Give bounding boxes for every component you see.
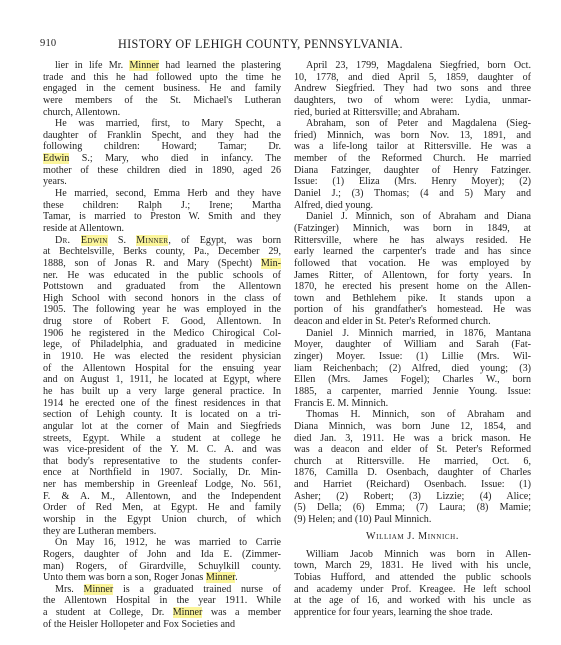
text-line: (Fatzinger) Minnich, was born in 1849, a…	[294, 223, 531, 235]
text-line: Daniel J. Minnich, son of Abraham and Di…	[294, 211, 531, 223]
search-highlight: Edwin	[43, 153, 69, 164]
text-line: deacon and elder in St. Peter's Reformed…	[294, 316, 531, 328]
text-line: that body's representative to the studen…	[43, 456, 281, 468]
text-line: in 1910. He was elected the resident phy…	[43, 351, 281, 363]
text-line: 1876, Camilla D. Osenbach, daughter of C…	[294, 467, 531, 479]
text-line: Mrs. Minner is a graduated trained nurse…	[43, 584, 281, 596]
paragraph: He was married, first, to Mary Specht, a…	[43, 118, 281, 188]
text-line: Ellen (Mrs. James Fogel); Charles W., bo…	[294, 374, 531, 386]
text-line: Diana Fatzinger, daughter of Henry Fatzi…	[294, 165, 531, 177]
page-header: 910 HISTORY OF LEHIGH COUNTY, PENNSYLVAN…	[0, 38, 561, 54]
text-line: fried) Minnich, was born Nov. 13, 1891, …	[294, 130, 531, 142]
text-line: engaged in the cement business. He and f…	[43, 83, 281, 95]
paragraph: Mrs. Minner is a graduated trained nurse…	[43, 584, 281, 631]
text-line: 1914 he erected one of the finest reside…	[43, 398, 281, 410]
paragraph: Abraham, son of Peter and Magdalena (Sie…	[294, 118, 531, 211]
text-line: apprentice for four years, learning the …	[294, 607, 531, 619]
text-line: portion of his grandfather's homestead. …	[294, 304, 531, 316]
running-title: HISTORY OF LEHIGH COUNTY, PENNSYLVANIA.	[118, 37, 403, 52]
text-line: Rogers, daughter of John and Ida E. (Zim…	[43, 549, 281, 561]
text-line: Unto them was born a son, Roger Jonas Mi…	[43, 572, 281, 584]
text-line: section of Lehigh county. It is located …	[43, 409, 281, 421]
text-line: William Jacob Minnich was born in Allen-	[294, 549, 531, 561]
text-line: mother of these children died in 1890, a…	[43, 165, 281, 177]
text-line: Tamar, is married to Preston W. Smith an…	[43, 211, 281, 223]
text-line: James Ritter, of Allentown, for forty ye…	[294, 270, 531, 282]
text-line: ried, buried at Rittersville; and Abraha…	[294, 107, 531, 119]
left-column: lier in life Mr. Minner had learned the …	[43, 60, 281, 630]
text-line: Order of Red Men, at Egypt. He and famil…	[43, 502, 281, 514]
text-line: daughter of Franklin Specht, and they ha…	[43, 130, 281, 142]
text-line: Andrew Siegfried. They had two sons and …	[294, 83, 531, 95]
paragraph: He married, second, Emma Herb and they h…	[43, 188, 281, 235]
text-line: town and Bethlehem pike. It stands upon …	[294, 293, 531, 305]
search-highlight: Minner	[129, 60, 159, 71]
text-line: 1885, a carpenter, married Jennie Young.…	[294, 386, 531, 398]
text-line: a student at College, Dr. Minner was a m…	[43, 607, 281, 619]
text-line: following children: Howard; Tamar; Dr.	[43, 141, 281, 153]
search-highlight: Minner	[136, 235, 168, 246]
text-line: worship in the Egypt Union church, of wh…	[43, 514, 281, 526]
text-line: Rittersville, where he has always reside…	[294, 235, 531, 247]
paragraph: On May 16, 1912, he was married to Carri…	[43, 537, 281, 584]
paragraph: Daniel J. Minnich married, in 1876, Mant…	[294, 328, 531, 409]
text-line: April 23, 1799, Magdalena Siegfried, bor…	[294, 60, 531, 72]
text-line: Francis E. M. Minnich.	[294, 398, 531, 410]
text-line: of the Heisler Hollopeter and Fox Societ…	[43, 619, 281, 631]
text-line: was a deacon and elder of St. Peter's Re…	[294, 444, 531, 456]
text-line: 1888, son of Jonas R. and Mary (Specht) …	[43, 258, 281, 270]
text-line: zinger) Moyer. Issue: (1) Lillie (Mrs. W…	[294, 351, 531, 363]
text-line: followed that vocation. He was employed …	[294, 258, 531, 270]
text-line: (9) Helen; and (10) Paul Minnich.	[294, 514, 531, 526]
text-line: 10, 1778, and died April 5, 1859, daught…	[294, 72, 531, 84]
text-line: Abraham, son of Peter and Magdalena (Sie…	[294, 118, 531, 130]
text-line: town, March 29, 1831. He lived with his …	[294, 560, 531, 572]
paragraph: Thomas H. Minnich, son of Abraham andDia…	[294, 409, 531, 525]
text-line: these children: Ralph J.; Irene; Martha	[43, 200, 281, 212]
right-column: April 23, 1799, Magdalena Siegfried, bor…	[294, 60, 531, 618]
search-highlight: Edwin	[81, 235, 108, 246]
text-line: Thomas H. Minnich, son of Abraham and	[294, 409, 531, 421]
search-highlight: Min-	[261, 258, 281, 269]
text-line: early learned the carpenter's trade and …	[294, 246, 531, 258]
text-line: Diana Minnich, was born June 12, 1854, a…	[294, 421, 531, 433]
paragraph: April 23, 1799, Magdalena Siegfried, bor…	[294, 60, 531, 118]
text-line: Issue: (1) Eliza (Mrs. Henry Moyer); (2)	[294, 176, 531, 188]
text-line: F. & A. M., Allentown, and the Independe…	[43, 491, 281, 503]
text-line: they are Lutheran members.	[43, 526, 281, 538]
text-line: He was married, first, to Mary Specht, a	[43, 118, 281, 130]
text-line: of the Allentown Hospital for the ensuin…	[43, 363, 281, 375]
small-caps-text: Dr.	[55, 235, 81, 246]
text-line: streets, Egypt. While a student at colle…	[43, 433, 281, 445]
text-line: were members of the St. Michael's Luther…	[43, 95, 281, 107]
text-line: Daniel J.; (3) Thomas; (4 and 5) Mary an…	[294, 188, 531, 200]
text-line: man) Rogers, of Girardville, Schuylkill …	[43, 561, 281, 573]
text-line: reside at Allentown.	[43, 223, 281, 235]
text-line: the Allentown Hospital in the year 1911.…	[43, 595, 281, 607]
text-line: 1870, he erected his present home on the…	[294, 281, 531, 293]
text-line: lier in life Mr. Minner had learned the …	[43, 60, 281, 72]
text-line: 1905. The following year he was employed…	[43, 304, 281, 316]
text-line: lege, of Philadelphia, and graduated in …	[43, 339, 281, 351]
text-line: church, Allentown.	[43, 107, 281, 119]
text-line: at the age of 16, and worked with his un…	[294, 595, 531, 607]
text-line: angular lot at the corner of Main and Si…	[43, 421, 281, 433]
text-line: church at Rittersville. He married, Oct.…	[294, 456, 531, 468]
text-line: 1906 he registered in the Medico Chirogi…	[43, 328, 281, 340]
text-line: member of the Reformed Church. He marrie…	[294, 153, 531, 165]
text-line: Asher; (2) Robert; (3) Lizzie; (4) Alice…	[294, 491, 531, 503]
text-line: ence at Northfield in 1907. Socially, Dr…	[43, 467, 281, 479]
text-line: Pottstown and graduated from the Allento…	[43, 281, 281, 293]
paragraph: Daniel J. Minnich, son of Abraham and Di…	[294, 211, 531, 327]
text-line: was vice-president of the Y. M. C. A. an…	[43, 444, 281, 456]
text-line: Alfred, died young.	[294, 200, 531, 212]
text-line: Daniel J. Minnich married, in 1876, Mant…	[294, 328, 531, 340]
text-line: at Bechtelsville, Berks county, Pa., Dec…	[43, 246, 281, 258]
text-line: Edwin S.; Mary, who died in infancy. The	[43, 153, 281, 165]
text-line: Dr. Edwin S. Minner, of Egypt, was born	[43, 235, 281, 247]
search-highlight: Minner	[84, 584, 114, 595]
text-line: daughters, two of whom were: Lydia, unma…	[294, 95, 531, 107]
search-highlight: Minner	[173, 607, 203, 618]
text-line: High School with second honors in the cl…	[43, 293, 281, 305]
text-line: drug store of Robert F. Good, Allentown.…	[43, 316, 281, 328]
section-heading: William J. Minnich.	[294, 531, 531, 543]
paragraph: Dr. Edwin S. Minner, of Egypt, was borna…	[43, 235, 281, 538]
text-line: and on August 1, 1911, he located at Egy…	[43, 374, 281, 386]
text-line: he has built up a very large general pra…	[43, 386, 281, 398]
text-line: He married, second, Emma Herb and they h…	[43, 188, 281, 200]
paragraph: William Jacob Minnich was born in Allen-…	[294, 549, 531, 619]
text-line: was a life-long tailor at Rittersville. …	[294, 141, 531, 153]
paragraph: lier in life Mr. Minner had learned the …	[43, 60, 281, 118]
search-highlight: Minner	[206, 572, 235, 583]
text-line: and Harriet (Reichard) Osenbach. Issue: …	[294, 479, 531, 491]
text-line: Tobias Hufford, and attended the public …	[294, 572, 531, 584]
text-line: (5) Della; (6) Emma; (7) Laura; (8) Mami…	[294, 502, 531, 514]
text-line: On May 16, 1912, he was married to Carri…	[43, 537, 281, 549]
text-line: ner has membership in Greenleaf Lodge, N…	[43, 479, 281, 491]
text-line: liam Reichenbach; (2) Alfred, died young…	[294, 363, 531, 375]
text-line: years.	[43, 176, 281, 188]
text-line: trade and this he had followed upto the …	[43, 72, 281, 84]
page-number: 910	[40, 38, 56, 49]
text-line: ner. He was educated in the public schoo…	[43, 270, 281, 282]
text-line: and academy under Prof. Kreagee. He left…	[294, 584, 531, 596]
text-line: died Jan. 3, 1911. He was a brick mason.…	[294, 433, 531, 445]
text-line: Moyer, daughter of William and Sarah (Fa…	[294, 339, 531, 351]
